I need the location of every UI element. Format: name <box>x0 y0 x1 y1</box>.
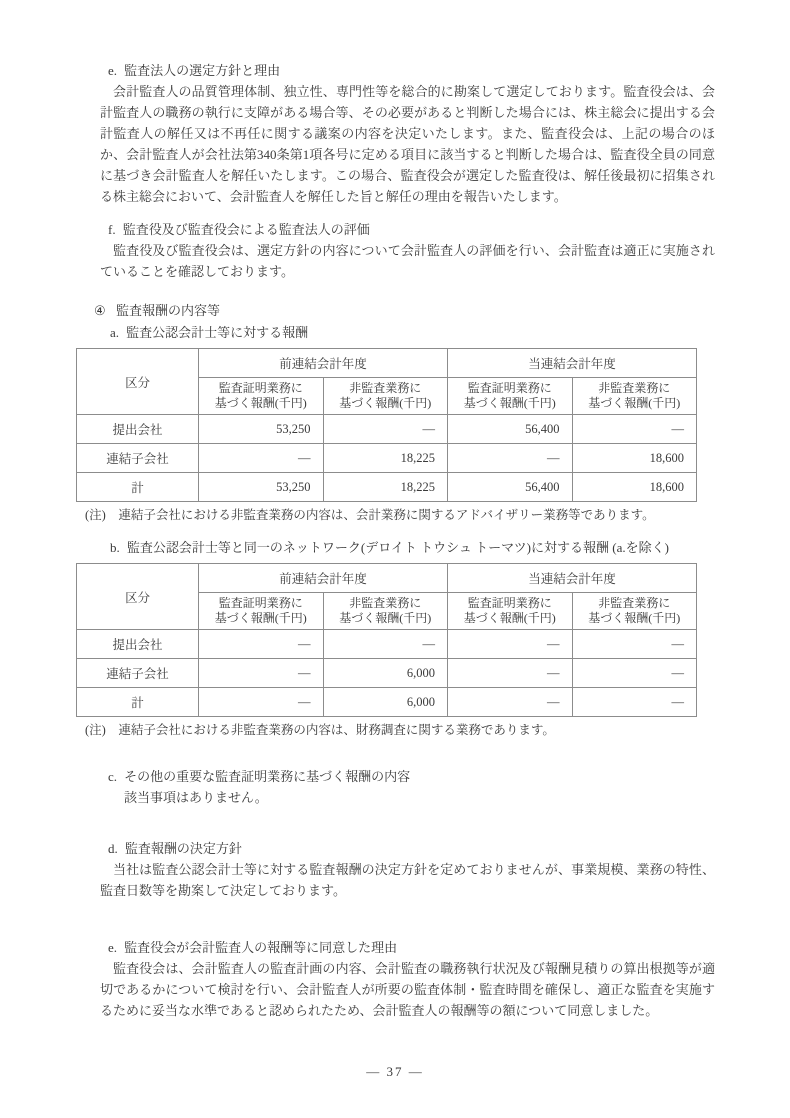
cell-value: 6,000 <box>323 688 448 717</box>
tableb-header-current-year: 当連結会計年度 <box>448 564 697 593</box>
cell-value: 18,600 <box>572 444 697 473</box>
cell-value: 18,600 <box>572 473 697 502</box>
section-c-body: 該当事項はありません。 <box>124 787 718 808</box>
section-f-body: 監査役及び監査役会は、選定方針の内容について会計監査人の評価を行い、会計監査は適… <box>100 240 715 282</box>
cell-value: — <box>572 415 697 444</box>
section-e1-heading: e.監査法人の選定方針と理由 <box>108 60 718 81</box>
section-b-label: b. <box>110 537 120 559</box>
section-b-heading: b.監査公認会計士等と同一のネットワーク(デロイト トウシュ トーマツ)に対する… <box>110 537 718 559</box>
tableb-header-nonaudit-fee-prev: 非監査業務に 基づく報酬(千円) <box>323 593 448 630</box>
section-e2-title: 監査役会が会計監査人の報酬等に同意した理由 <box>124 940 397 955</box>
cell-value: — <box>448 688 573 717</box>
table-row: 計 53,250 18,225 56,400 18,600 <box>77 473 697 502</box>
row-label: 連結子会社 <box>77 659 199 688</box>
section-c-title: その他の重要な監査証明業務に基づく報酬の内容 <box>124 769 410 784</box>
cell-value: — <box>199 688 324 717</box>
page-content: e.監査法人の選定方針と理由 会計監査人の品質管理体制、独立性、専門性等を総合的… <box>72 60 718 1021</box>
tableb-header-prev-year: 前連結会計年度 <box>199 564 448 593</box>
document-page: e.監査法人の選定方針と理由 会計監査人の品質管理体制、独立性、専門性等を総合的… <box>0 0 790 1118</box>
section-e2-label: e. <box>108 937 117 958</box>
section-b-title: 監査公認会計士等と同一のネットワーク(デロイト トウシュ トーマツ)に対する報酬… <box>127 540 669 555</box>
row-label: 計 <box>77 473 199 502</box>
cell-value: — <box>572 630 697 659</box>
table-b-note: (注) 連結子会社における非監査業務の内容は、財務調査に関する業務であります。 <box>85 721 718 740</box>
section-e1-title: 監査法人の選定方針と理由 <box>124 63 280 78</box>
section-f-title: 監査役及び監査役会による監査法人の評価 <box>123 222 370 237</box>
section-e2-body: 監査役会は、会計監査人の監査計画の内容、会計監査の職務執行状況及び報酬見積りの算… <box>100 958 715 1021</box>
tablea-header-category: 区分 <box>77 349 199 415</box>
cell-value: 56,400 <box>448 415 573 444</box>
page-number: — 37 — <box>0 1064 790 1080</box>
cell-value: 56,400 <box>448 473 573 502</box>
tableb-header-category: 区分 <box>77 564 199 630</box>
section-c-heading: c.その他の重要な監査証明業務に基づく報酬の内容 <box>108 766 718 787</box>
cell-value: — <box>572 688 697 717</box>
section-d-body: 当社は監査公認会計士等に対する監査報酬の決定方針を定めておりませんが、事業規模、… <box>100 859 715 901</box>
section-f-label: f. <box>108 219 116 240</box>
item4-label: ④ <box>94 300 106 322</box>
audit-fee-table-a: 区分 前連結会計年度 当連結会計年度 監査証明業務に 基づく報酬(千円) 非監査… <box>76 348 697 502</box>
row-label: 提出会社 <box>77 630 199 659</box>
table-row: 計 — 6,000 — — <box>77 688 697 717</box>
cell-value: — <box>199 659 324 688</box>
section-f-heading: f.監査役及び監査役会による監査法人の評価 <box>108 219 718 240</box>
cell-value: — <box>448 659 573 688</box>
section-e2-heading: e.監査役会が会計監査人の報酬等に同意した理由 <box>108 937 718 958</box>
section-a-label: a. <box>110 322 119 344</box>
table-row: 連結子会社 — 18,225 — 18,600 <box>77 444 697 473</box>
audit-fee-table-b: 区分 前連結会計年度 当連結会計年度 監査証明業務に 基づく報酬(千円) 非監査… <box>76 563 697 717</box>
item4-heading: ④監査報酬の内容等 <box>94 300 718 322</box>
cell-value: — <box>199 444 324 473</box>
tablea-header-prev-year: 前連結会計年度 <box>199 349 448 378</box>
cell-value: — <box>572 659 697 688</box>
cell-value: — <box>448 444 573 473</box>
cell-value: 18,225 <box>323 473 448 502</box>
tableb-header-audit-fee-prev: 監査証明業務に 基づく報酬(千円) <box>199 593 324 630</box>
item4-title: 監査報酬の内容等 <box>116 303 220 318</box>
cell-value: — <box>448 630 573 659</box>
cell-value: 18,225 <box>323 444 448 473</box>
section-d-label: d. <box>108 838 118 859</box>
cell-value: — <box>323 630 448 659</box>
section-e1-label: e. <box>108 60 117 81</box>
table-a-note: (注) 連結子会社における非監査業務の内容は、会計業務に関するアドバイザリー業務… <box>85 506 718 525</box>
tablea-header-audit-fee-cur: 監査証明業務に 基づく報酬(千円) <box>448 378 573 415</box>
section-a-title: 監査公認会計士等に対する報酬 <box>126 325 308 340</box>
row-label: 計 <box>77 688 199 717</box>
section-d-title: 監査報酬の決定方針 <box>125 841 242 856</box>
table-row: 連結子会社 — 6,000 — — <box>77 659 697 688</box>
cell-value: 53,250 <box>199 415 324 444</box>
table-row: 提出会社 53,250 — 56,400 — <box>77 415 697 444</box>
row-label: 連結子会社 <box>77 444 199 473</box>
tablea-header-current-year: 当連結会計年度 <box>448 349 697 378</box>
cell-value: 53,250 <box>199 473 324 502</box>
tablea-header-nonaudit-fee-cur: 非監査業務に 基づく報酬(千円) <box>572 378 697 415</box>
section-e1-body: 会計監査人の品質管理体制、独立性、専門性等を総合的に勘案して選定しております。監… <box>100 81 715 207</box>
tablea-header-audit-fee-prev: 監査証明業務に 基づく報酬(千円) <box>199 378 324 415</box>
cell-value: 6,000 <box>323 659 448 688</box>
tablea-header-nonaudit-fee-prev: 非監査業務に 基づく報酬(千円) <box>323 378 448 415</box>
section-d-heading: d.監査報酬の決定方針 <box>108 838 718 859</box>
cell-value: — <box>323 415 448 444</box>
row-label: 提出会社 <box>77 415 199 444</box>
tableb-header-nonaudit-fee-cur: 非監査業務に 基づく報酬(千円) <box>572 593 697 630</box>
tableb-header-audit-fee-cur: 監査証明業務に 基づく報酬(千円) <box>448 593 573 630</box>
cell-value: — <box>199 630 324 659</box>
table-row: 提出会社 — — — — <box>77 630 697 659</box>
section-c-label: c. <box>108 766 117 787</box>
section-a-heading: a.監査公認会計士等に対する報酬 <box>110 322 718 344</box>
